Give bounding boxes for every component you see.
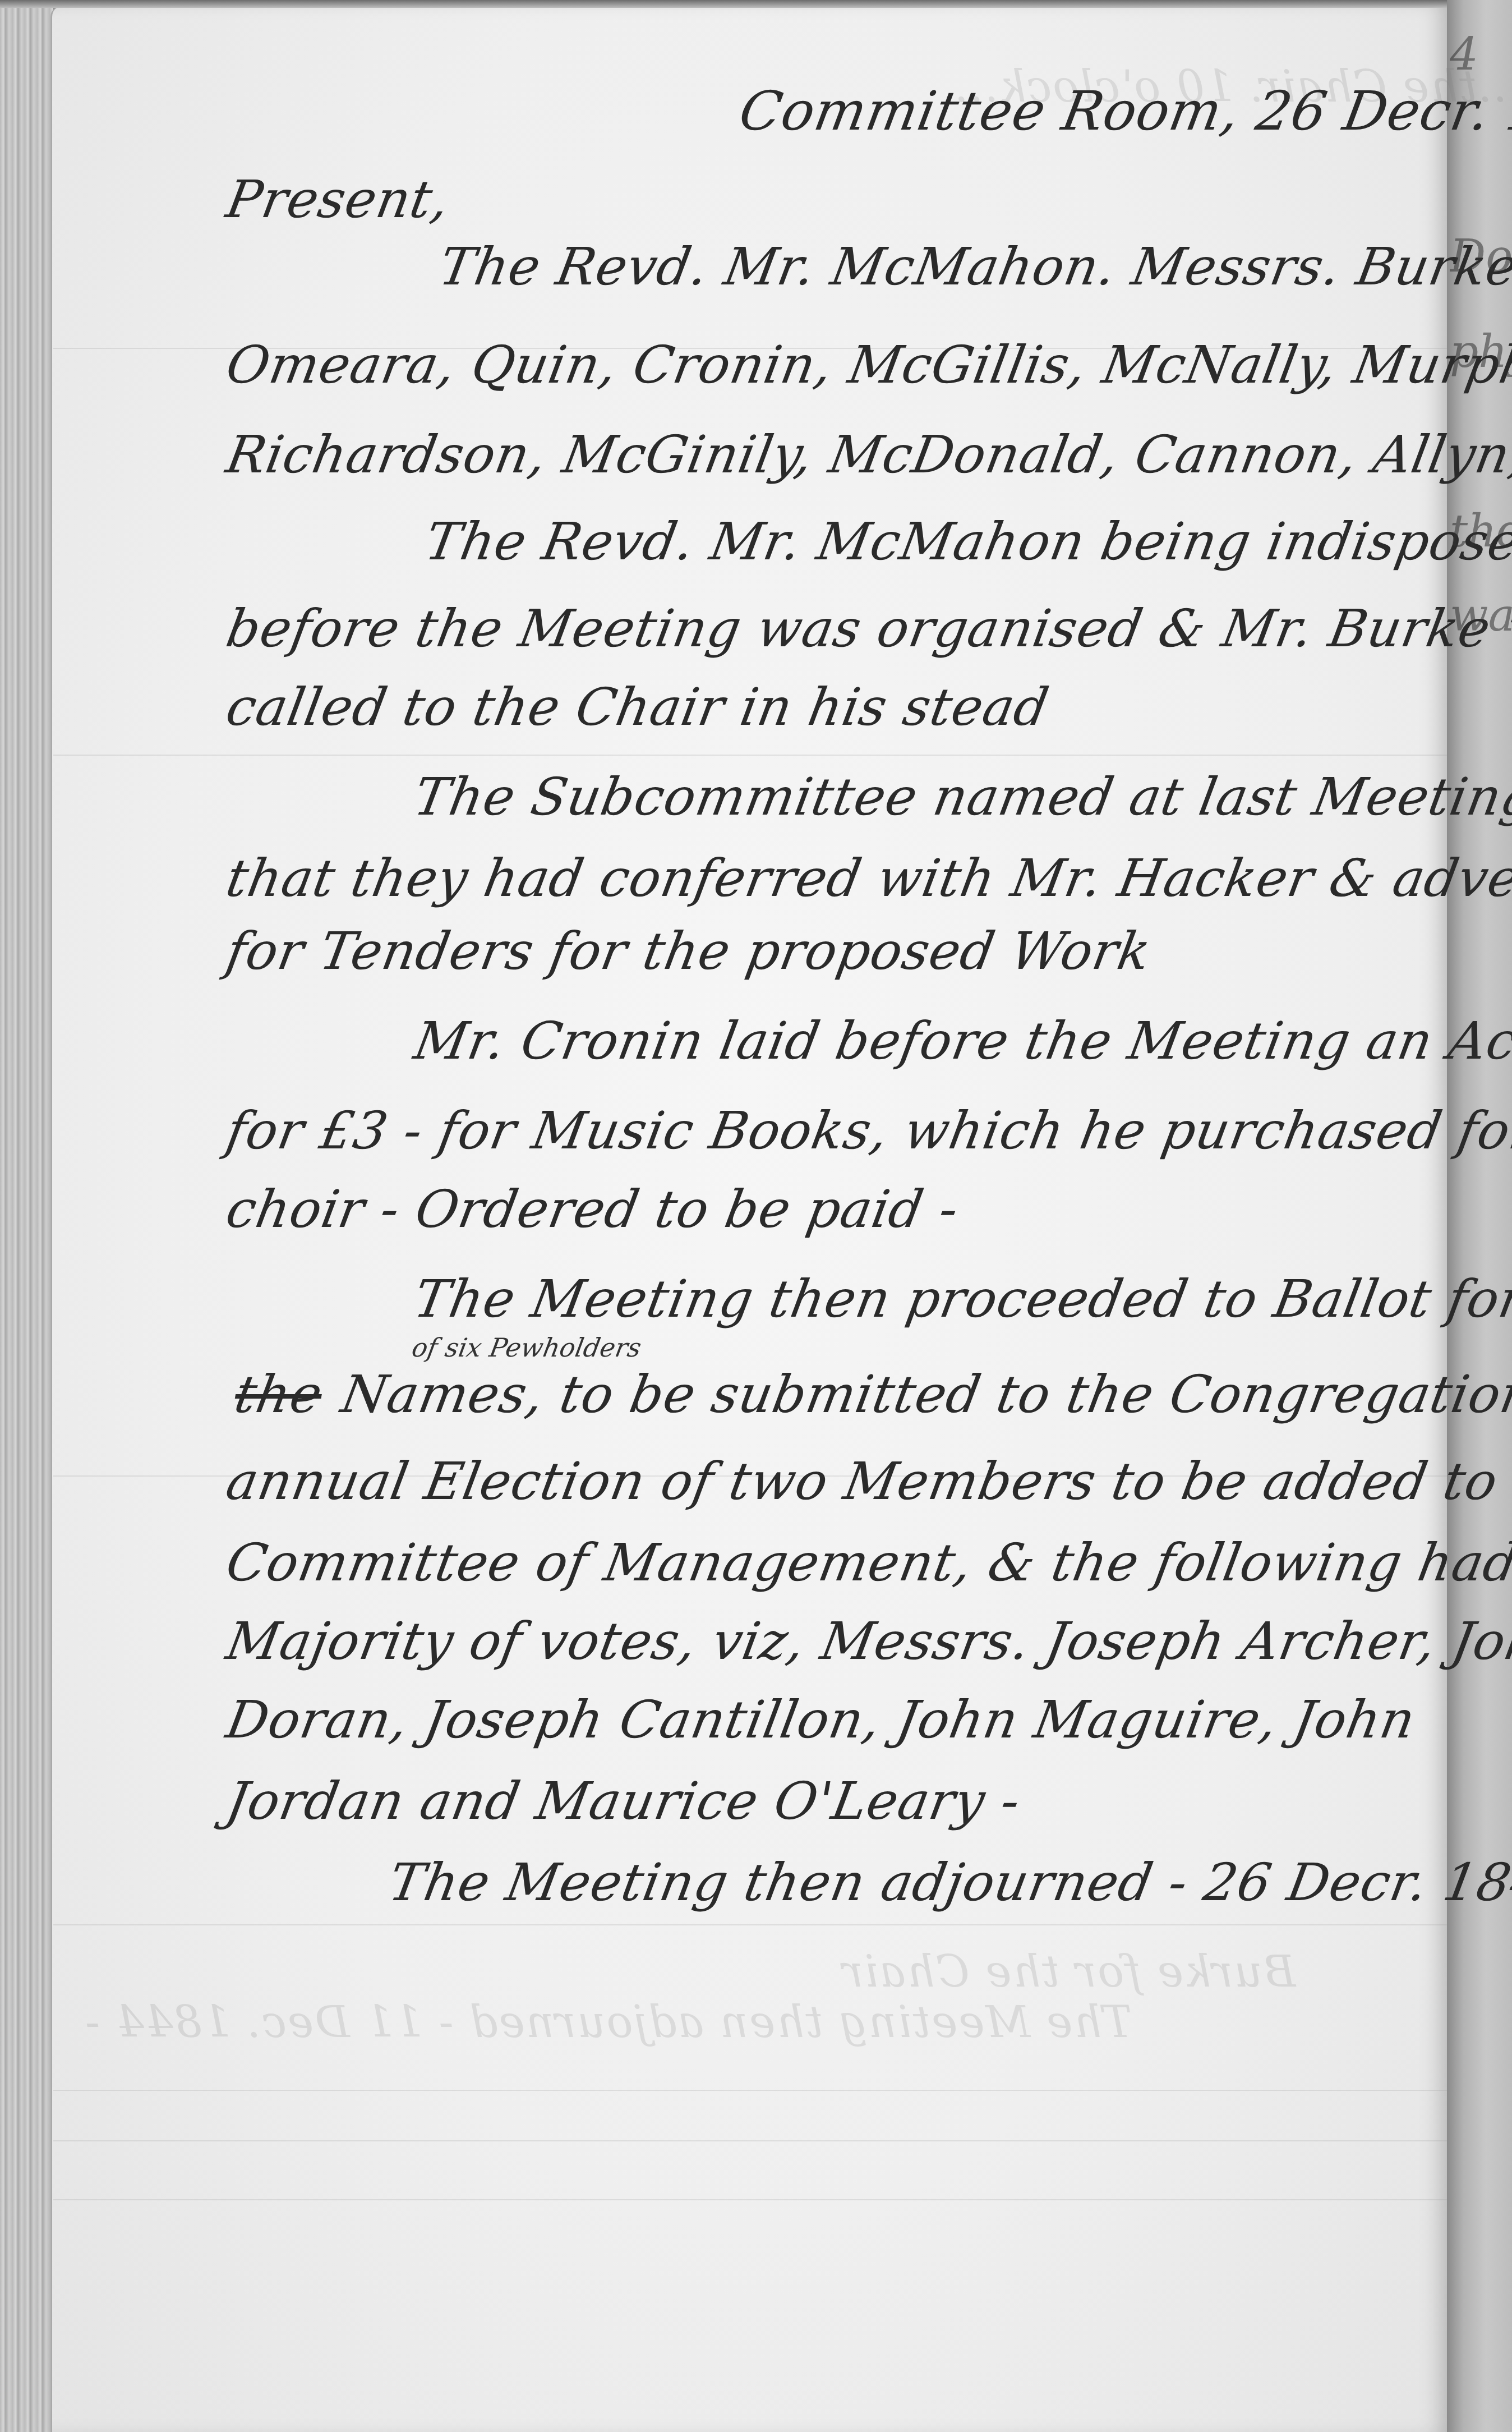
minutes-line: Richardson, McGinily, McDonald, Cannon, …	[223, 429, 1512, 481]
bleed-through-text: Burke for the Chair	[841, 1947, 1296, 1997]
rule-line	[53, 1924, 1447, 1925]
minutes-line: The Meeting then proceeded to Ballot for	[411, 1274, 1512, 1325]
minutes-line: for £3 - for Music Books, which he purch…	[223, 1105, 1512, 1157]
header-place-date: Committee Room, 26 Decr. 1844	[736, 84, 1512, 138]
minutes-line: Mr. Cronin laid before the Meeting an Ac…	[411, 1015, 1512, 1067]
minutes-closing-line: The Meeting then adjourned - 26 Decr. 18…	[385, 1857, 1512, 1909]
minutes-line: Omeara, Quin, Cronin, McGillis, McNally,…	[223, 339, 1512, 391]
facing-page-fragment: Donn	[1450, 230, 1512, 282]
minutes-line: for Tenders for the proposed Work	[223, 926, 1155, 977]
struck-word: the	[231, 1369, 326, 1420]
minutes-line: Majority of votes, viz, Messrs. Joseph A…	[223, 1616, 1512, 1667]
rule-line	[53, 2090, 1447, 2091]
facing-page-fragment: phy	[1450, 325, 1512, 378]
rule-line	[53, 2140, 1447, 2141]
page-edge-stack	[0, 0, 54, 2432]
minutes-line: choir - Ordered to be paid -	[223, 1184, 962, 1235]
present-label: Present,	[223, 174, 454, 226]
minutes-line: that they had conferred with Mr. Hacker …	[223, 853, 1512, 904]
minutes-line: The Revd. Mr. McMahon being indisposed, …	[422, 516, 1512, 568]
minutes-line: Names, to be submitted to the Congregati…	[338, 1369, 1512, 1420]
minutes-line: The Revd. Mr. McMahon. Messrs. Burke, Do…	[436, 241, 1512, 293]
rule-line	[53, 2199, 1447, 2200]
facing-page-fragment: 4	[1450, 28, 1512, 80]
minutes-line: before the Meeting was organised & Mr. B…	[223, 603, 1512, 655]
minutes-line: Committee of Management, & the following…	[223, 1537, 1512, 1589]
minutes-line: annual Election of two Members to be add…	[223, 1456, 1512, 1507]
minutes-line: The Subcommittee named at last Meeting r…	[411, 771, 1512, 823]
rule-line	[53, 755, 1447, 756]
minutes-line: Doran, Joseph Cantillon, John Maguire, J…	[223, 1694, 1419, 1746]
facing-page-fragment: was	[1450, 589, 1512, 641]
interlinear-insertion: of six Pewholders	[409, 1332, 644, 1363]
page-top-edge	[0, 0, 1512, 8]
facing-page-fragment: thdrew	[1450, 505, 1512, 557]
bleed-through-text: The Meeting then adjourned - 11 Dec. 184…	[84, 1997, 1132, 2048]
minutes-line: Jordan and Maurice O'Leary -	[223, 1776, 1024, 1827]
minutes-line: called to the Chair in his stead	[223, 682, 1053, 733]
